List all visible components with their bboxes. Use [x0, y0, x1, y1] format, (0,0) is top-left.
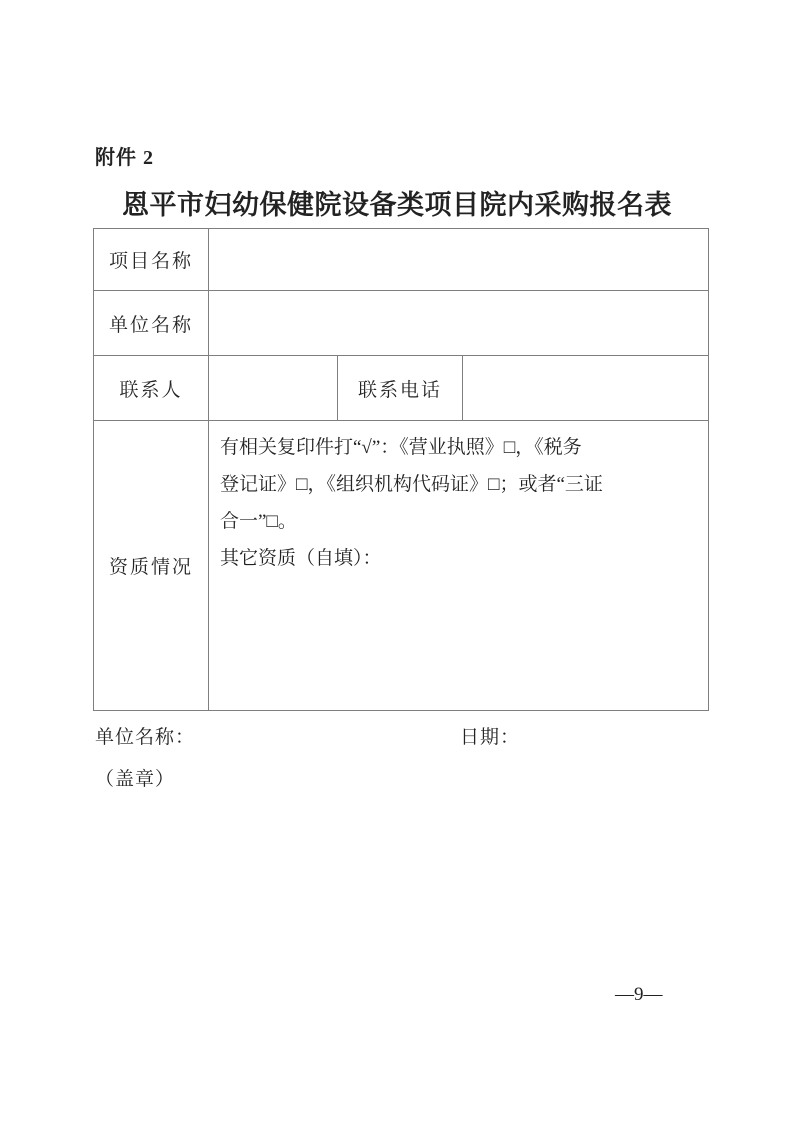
unit-name-label: 单位名称 [94, 291, 209, 356]
signature-unit-name-label: 单位名称： [95, 722, 195, 749]
signature-seal-label: （盖章） [95, 764, 175, 791]
project-name-label: 项目名称 [94, 229, 209, 291]
signature-date-label: 日期： [460, 722, 520, 749]
qualification-text-line: 登记证》□，《组织机构代码证》□；或者“三证 [220, 466, 700, 503]
qualification-other-line: 其它资质（自填）： [220, 540, 700, 577]
table-row-contact: 联系人 联系电话 [94, 356, 709, 421]
page-number: —9— [615, 984, 663, 1006]
qualification-text-line: 有相关复印件打“√”：《营业执照》□，《税务 [220, 429, 700, 466]
contact-person-label: 联系人 [94, 356, 209, 421]
table-row-project-name: 项目名称 [94, 229, 709, 291]
contact-phone-label: 联系电话 [338, 356, 463, 421]
table-row-unit-name: 单位名称 [94, 291, 709, 356]
qualification-field: 有相关复印件打“√”：《营业执照》□，《税务 登记证》□，《组织机构代码证》□；… [209, 421, 709, 711]
registration-form-table: 项目名称 单位名称 联系人 联系电话 资质情况 有相关复印件打“√”：《营业执照… [93, 228, 709, 711]
unit-name-field [209, 291, 709, 356]
table-row-qualification: 资质情况 有相关复印件打“√”：《营业执照》□，《税务 登记证》□，《组织机构代… [94, 421, 709, 711]
contact-person-field [209, 356, 338, 421]
project-name-field [209, 229, 709, 291]
qualification-label: 资质情况 [94, 421, 209, 711]
qualification-text-line: 合一”□。 [220, 503, 700, 540]
contact-phone-field [463, 356, 709, 421]
page-title: 恩平市妇幼保健院设备类项目院内采购报名表 [0, 183, 794, 222]
attachment-label: 附件 2 [95, 141, 154, 170]
document-page: 附件 2 恩平市妇幼保健院设备类项目院内采购报名表 项目名称 单位名称 联系人 … [0, 0, 794, 1123]
